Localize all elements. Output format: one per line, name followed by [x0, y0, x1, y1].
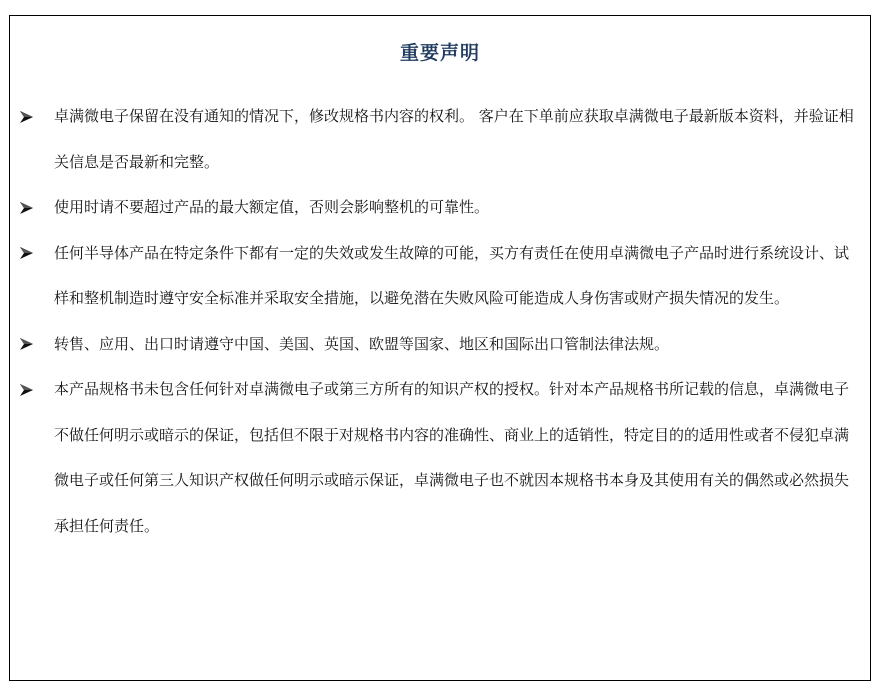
- list-item-text: 任何半导体产品在特定条件下都有一定的失效或发生故障的可能，买方有责任在使用卓满微…: [54, 231, 856, 322]
- notice-frame: 重要声明 卓满微电子保留在没有通知的情况下，修改规格书内容的权利。 客户在下单前…: [9, 15, 871, 681]
- page-title: 重要声明: [10, 38, 870, 65]
- list-item: 使用时请不要超过产品的最大额定值，否则会影响整机的可靠性。: [10, 185, 872, 231]
- arrowhead-bullet-icon: [20, 185, 34, 231]
- list-item-text: 卓满微电子保留在没有通知的情况下，修改规格书内容的权利。 客户在下单前应获取卓满…: [54, 94, 856, 185]
- list-item-text: 使用时请不要超过产品的最大额定值，否则会影响整机的可靠性。: [54, 185, 856, 231]
- list-item: 卓满微电子保留在没有通知的情况下，修改规格书内容的权利。 客户在下单前应获取卓满…: [10, 94, 872, 185]
- arrowhead-bullet-icon: [20, 94, 34, 140]
- arrowhead-bullet-icon: [20, 367, 34, 413]
- arrowhead-bullet-icon: [20, 322, 34, 368]
- arrowhead-bullet-icon: [20, 231, 34, 277]
- notice-list: 卓满微电子保留在没有通知的情况下，修改规格书内容的权利。 客户在下单前应获取卓满…: [10, 94, 872, 549]
- list-item: 任何半导体产品在特定条件下都有一定的失效或发生故障的可能，买方有责任在使用卓满微…: [10, 231, 872, 322]
- list-item-text: 本产品规格书未包含任何针对卓满微电子或第三方所有的知识产权的授权。针对本产品规格…: [54, 367, 856, 549]
- list-item: 转售、应用、出口时请遵守中国、美国、英国、欧盟等国家、地区和国际出口管制法律法规…: [10, 322, 872, 368]
- list-item-text: 转售、应用、出口时请遵守中国、美国、英国、欧盟等国家、地区和国际出口管制法律法规…: [54, 322, 856, 368]
- list-item: 本产品规格书未包含任何针对卓满微电子或第三方所有的知识产权的授权。针对本产品规格…: [10, 367, 872, 549]
